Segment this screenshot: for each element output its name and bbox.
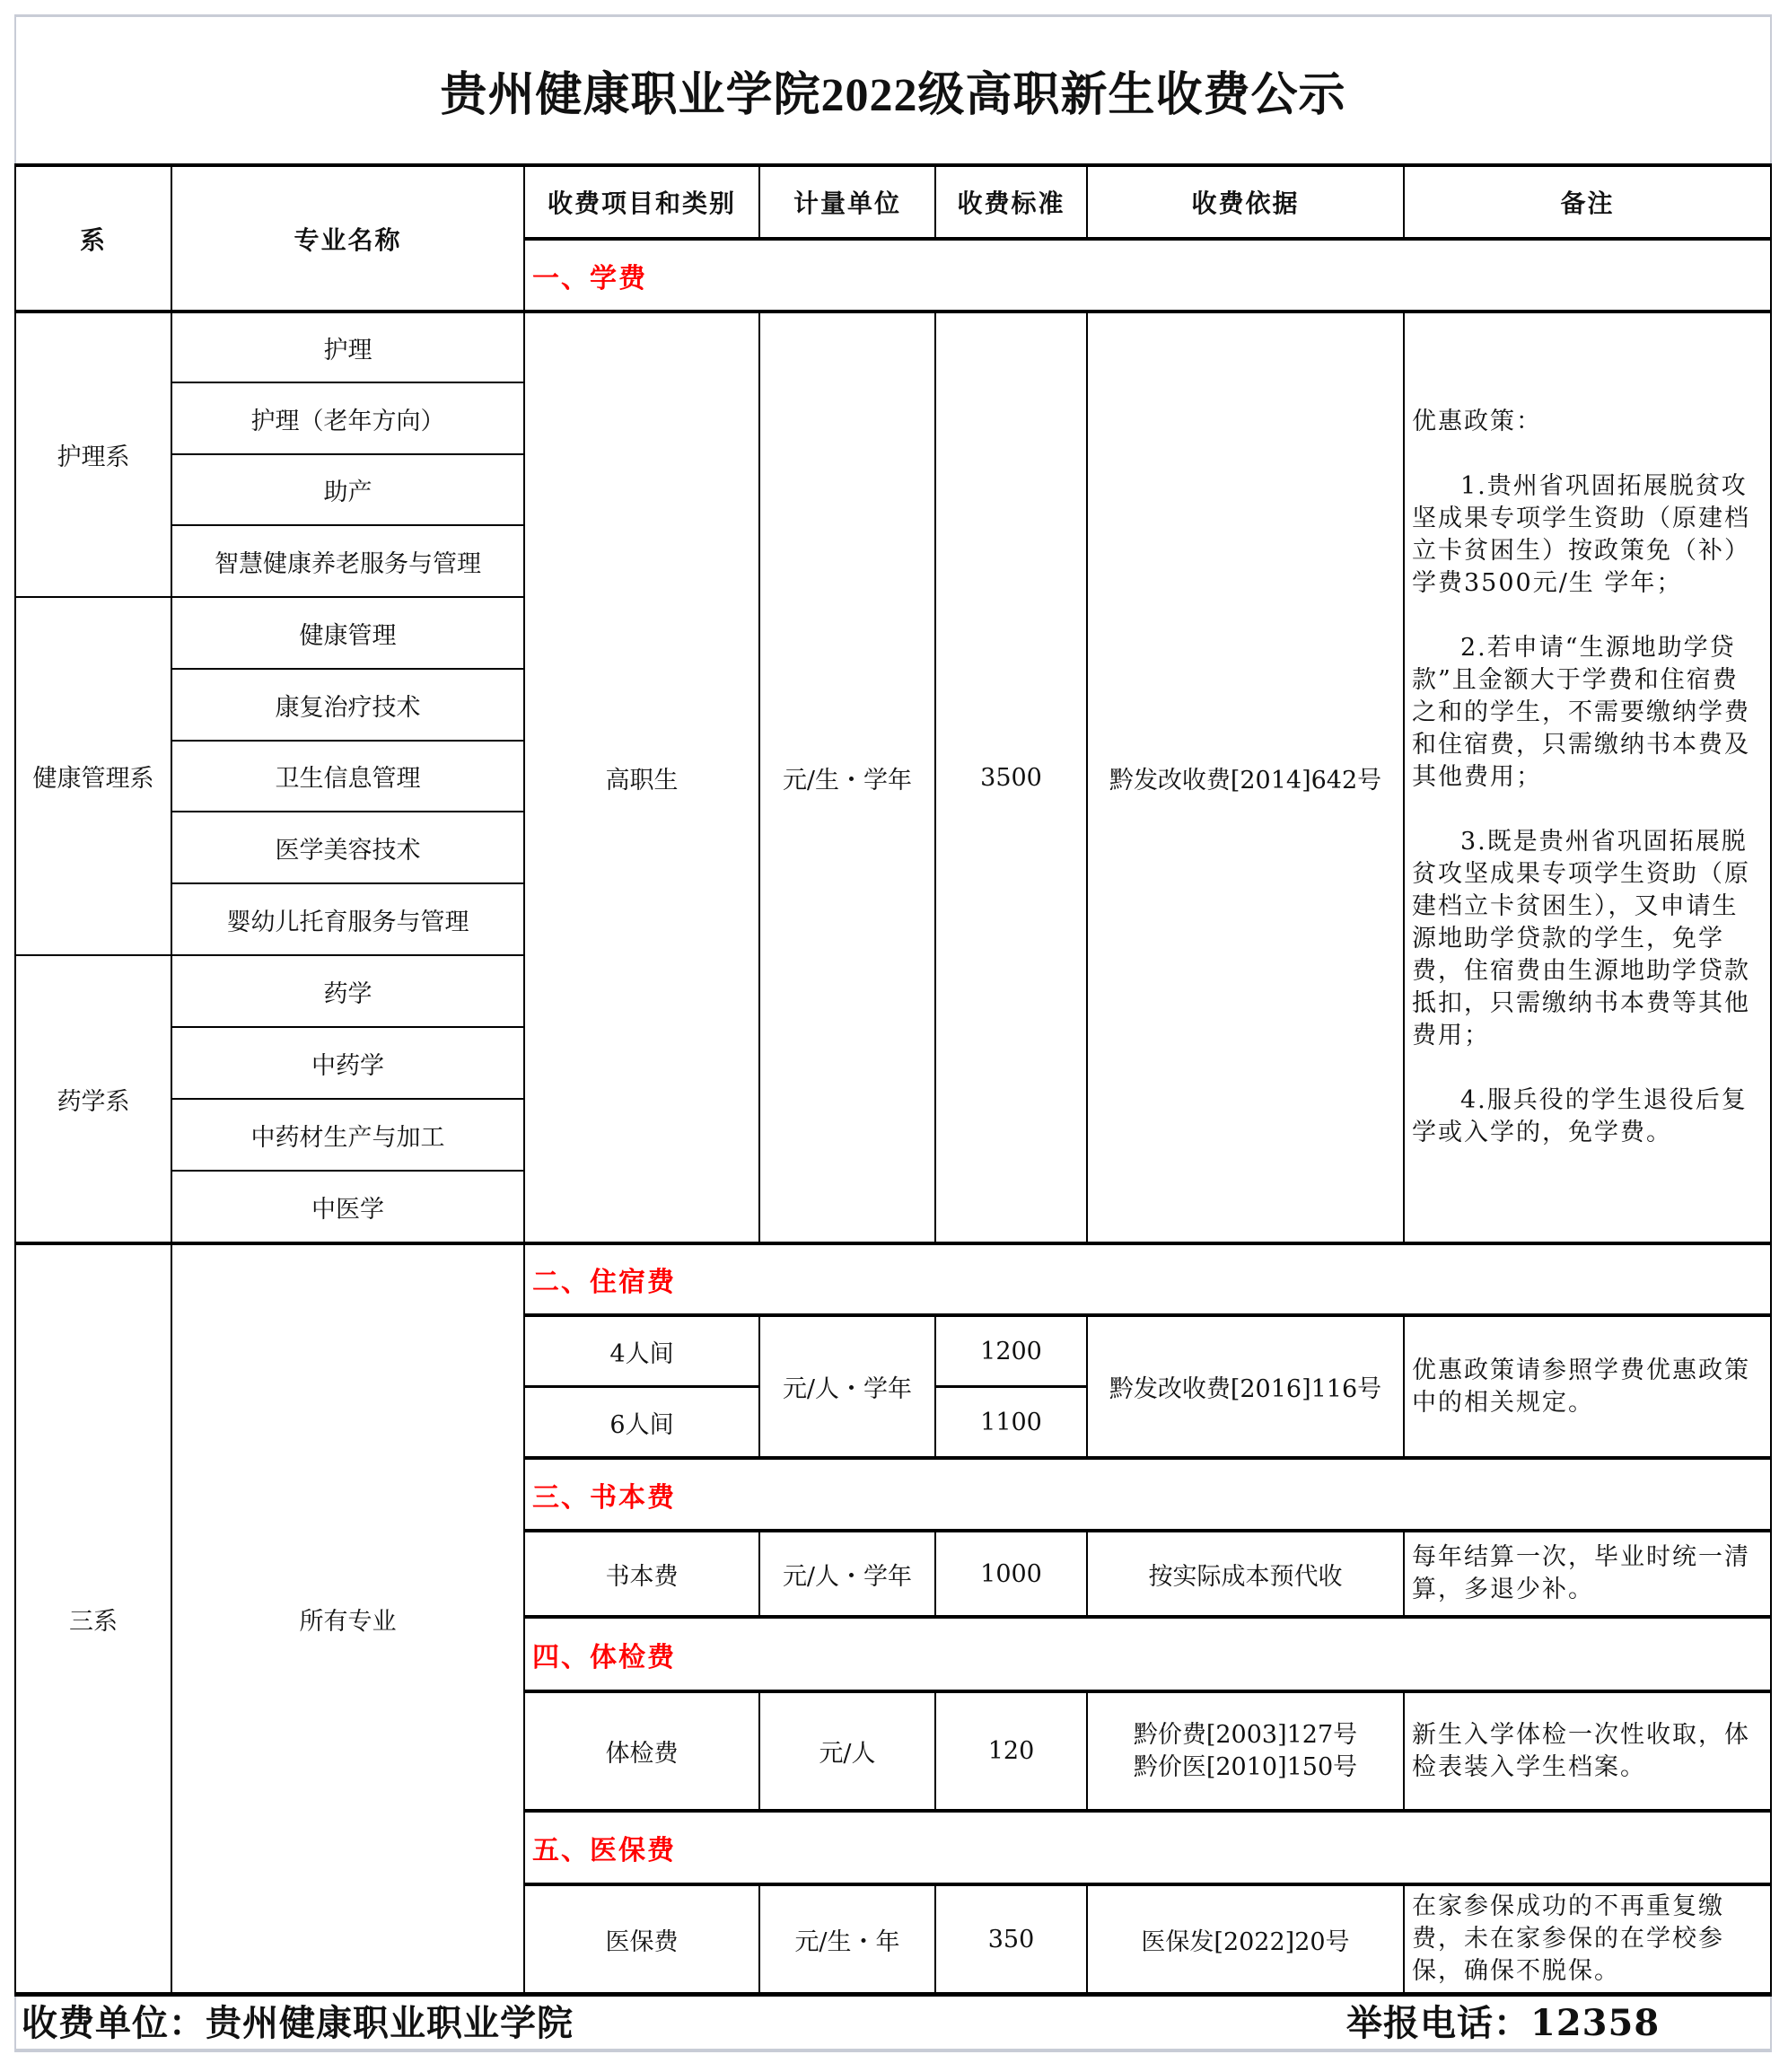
section-tuition-heading: 一、学费 — [525, 241, 1770, 310]
books-item: 书本费 — [525, 1532, 758, 1615]
department-all: 三系 — [16, 1245, 171, 1992]
dorm-item-6: 6人间 — [525, 1388, 758, 1456]
dorm-item-4: 4人间 — [525, 1317, 758, 1385]
dorm-remarks: 优惠政策请参照学费优惠政策中的相关规定。 — [1405, 1317, 1770, 1456]
insurance-item: 医保费 — [525, 1886, 758, 1992]
remarks-intro: 优惠政策： — [1412, 406, 1761, 438]
books-standard: 1000 — [936, 1532, 1086, 1615]
section-exam-heading: 四、体检费 — [525, 1619, 1770, 1690]
header-item: 收费项目和类别 — [525, 167, 758, 237]
tuition-basis: 黔发改收费[2014]642号 — [1088, 313, 1403, 1242]
major-cell: 健康管理 — [172, 598, 523, 668]
major-cell: 药学 — [172, 956, 523, 1026]
insurance-standard: 350 — [936, 1886, 1086, 1992]
dorm-standard-6: 1100 — [936, 1388, 1086, 1456]
remarks-item-1: 1.贵州省巩固拓展脱贫攻坚成果专项学生资助（原建档立卡贫困生）按政策免（补）学费… — [1412, 470, 1761, 600]
remarks-item-2: 2.若申请“生源地助学贷款”且金额大于学费和住宿费之和的学生，不需要缴纳学费和住… — [1412, 632, 1761, 794]
tuition-unit: 元/生・学年 — [760, 313, 934, 1242]
insurance-remarks: 在家参保成功的不再重复缴费，未在家参保的在学校参保，确保不脱保。 — [1405, 1886, 1770, 1992]
insurance-unit: 元/生・年 — [760, 1886, 934, 1992]
page-title: 贵州健康职业学院2022级高职新生收费公示 — [14, 14, 1772, 165]
books-remarks: 每年结算一次，毕业时统一清算，多退少补。 — [1405, 1532, 1770, 1615]
exam-basis-line-2: 黔价医[2010]150号 — [1134, 1752, 1357, 1784]
header-major: 专业名称 — [172, 167, 523, 310]
major-cell: 医学美容技术 — [172, 812, 523, 882]
section-insurance-heading: 五、医保费 — [525, 1813, 1770, 1883]
exam-item: 体检费 — [525, 1693, 758, 1809]
major-cell: 护理（老年方向） — [172, 383, 523, 453]
section-dorm-heading: 二、住宿费 — [525, 1245, 1770, 1313]
header-standard: 收费标准 — [936, 167, 1086, 237]
department-pharmacy: 药学系 — [16, 956, 171, 1242]
department-health-management: 健康管理系 — [16, 598, 171, 954]
major-cell: 智慧健康养老服务与管理 — [172, 526, 523, 596]
dorm-standard-4: 1200 — [936, 1317, 1086, 1385]
footer-hotline: 举报电话：12358 — [1346, 1995, 1660, 2046]
dorm-basis: 黔发改收费[2016]116号 — [1088, 1317, 1403, 1456]
major-cell: 卫生信息管理 — [172, 742, 523, 811]
header-basis: 收费依据 — [1088, 167, 1403, 237]
major-cell: 康复治疗技术 — [172, 670, 523, 740]
department-nursing: 护理系 — [16, 313, 171, 596]
major-cell: 护理 — [172, 313, 523, 382]
major-cell: 中医学 — [172, 1172, 523, 1242]
major-cell: 中药材生产与加工 — [172, 1100, 523, 1170]
exam-basis-line-1: 黔价费[2003]127号 — [1134, 1719, 1357, 1752]
major-cell: 中药学 — [172, 1028, 523, 1098]
tuition-remarks: 优惠政策： 1.贵州省巩固拓展脱贫攻坚成果专项学生资助（原建档立卡贫困生）按政策… — [1405, 313, 1770, 1242]
header-unit: 计量单位 — [760, 167, 934, 237]
major-cell: 助产 — [172, 455, 523, 524]
footer-charging-unit: 收费单位：贵州健康职业职业学院 — [22, 1995, 574, 2046]
major-cell: 婴幼儿托育服务与管理 — [172, 884, 523, 954]
tuition-item: 高职生 — [525, 313, 758, 1242]
insurance-basis: 医保发[2022]20号 — [1088, 1886, 1403, 1992]
tuition-remarks-text: 优惠政策： 1.贵州省巩固拓展脱贫攻坚成果专项学生资助（原建档立卡贫困生）按政策… — [1412, 406, 1761, 1149]
tuition-standard: 3500 — [936, 313, 1086, 1242]
books-unit: 元/人・学年 — [760, 1532, 934, 1615]
header-department: 系 — [16, 167, 171, 310]
exam-basis: 黔价费[2003]127号 黔价医[2010]150号 — [1088, 1693, 1403, 1809]
section-books-heading: 三、书本费 — [525, 1460, 1770, 1529]
col-line — [1770, 163, 1772, 1995]
books-basis: 按实际成本预代收 — [1088, 1532, 1403, 1615]
exam-unit: 元/人 — [760, 1693, 934, 1809]
header-remarks: 备注 — [1405, 167, 1770, 237]
dorm-unit: 元/人・学年 — [760, 1317, 934, 1456]
remarks-item-4: 4.服兵役的学生退役后复学或入学的，免学费。 — [1412, 1084, 1761, 1149]
remarks-item-3: 3.既是贵州省巩固拓展脱贫攻坚成果专项学生资助（原建档立卡贫困生），又申请生源地… — [1412, 826, 1761, 1052]
exam-standard: 120 — [936, 1693, 1086, 1809]
major-cell: 所有专业 — [172, 1245, 523, 1992]
exam-remarks: 新生入学体检一次性收取，体检表装入学生档案。 — [1405, 1693, 1770, 1809]
